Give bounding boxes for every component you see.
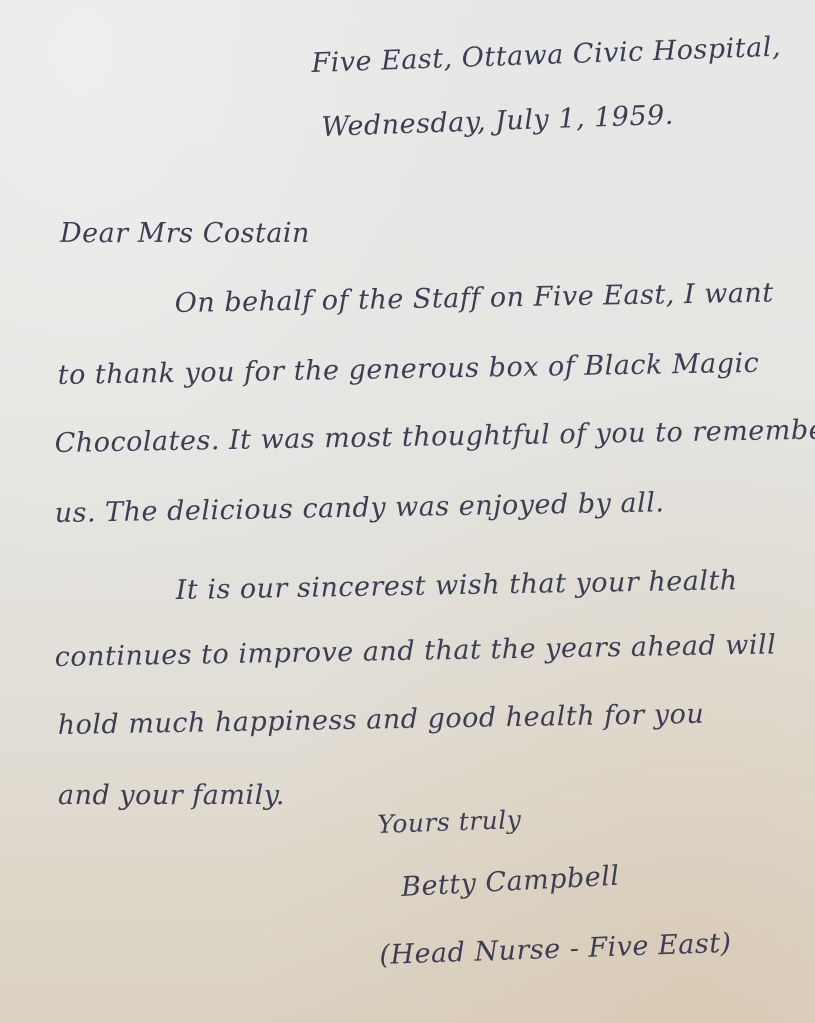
signature-title: (Head Nurse - Five East) [379,928,732,971]
letter-paper: Five East, Ottawa Civic Hospital, Wednes… [0,0,815,1023]
body-line-3: Chocolates. It was most thoughtful of yo… [54,414,815,459]
header-address: Five East, Ottawa Civic Hospital, [311,32,782,79]
body-line-6: continues to improve and that the years … [54,629,776,673]
header-date: Wednesday, July 1, 1959. [321,100,674,143]
body-line-4: us. The delicious candy was enjoyed by a… [54,487,664,529]
body-line-7: hold much happiness and good health for … [57,699,704,741]
salutation: Dear Mrs Costain [60,218,310,249]
body-line-2: to thank you for the generous box of Bla… [57,348,759,391]
signature-name: Betty Campbell [400,861,620,903]
body-line-5: It is our sincerest wish that your healt… [175,565,737,606]
body-line-1: On behalf of the Staff on Five East, I w… [174,278,773,319]
closing: Yours truly [377,805,522,839]
body-line-8: and your family. [58,780,285,811]
